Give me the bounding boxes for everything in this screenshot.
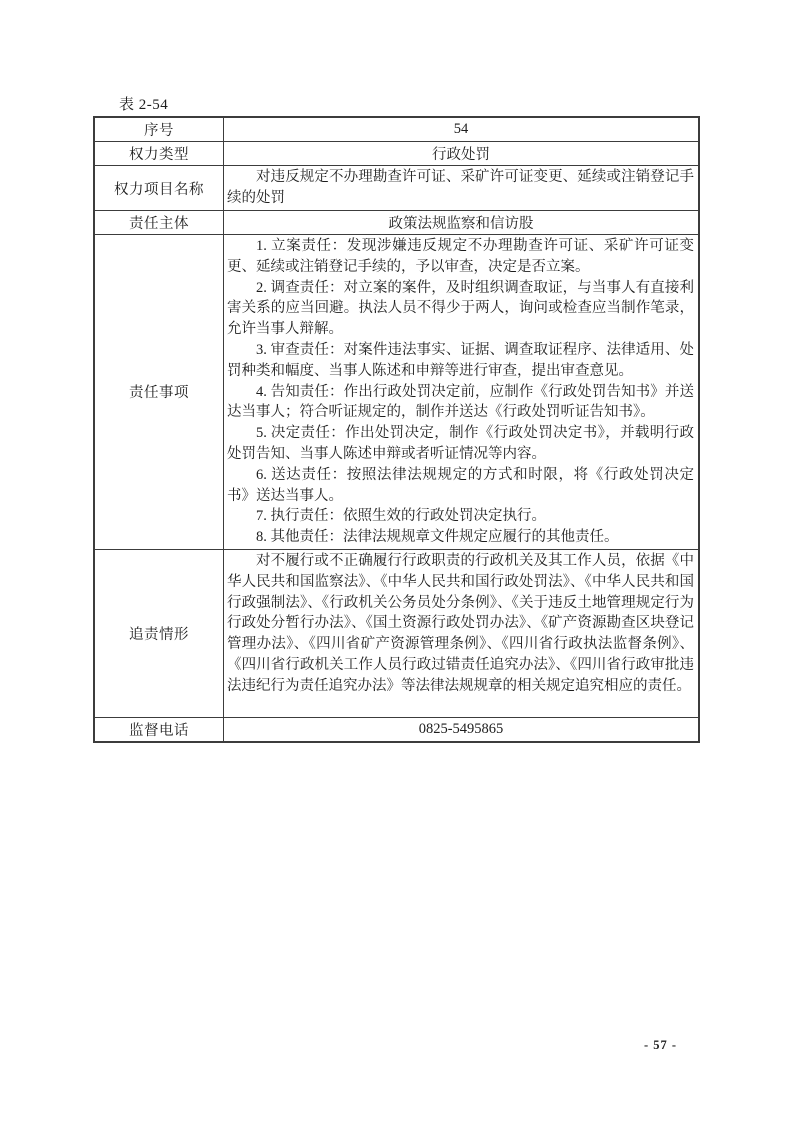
row-label-supervision-phone: 监督电话: [95, 718, 224, 741]
table-caption: 表 2-54: [119, 93, 168, 114]
table-row-power-item-name: 权力项目名称 对违反规定不办理勘查许可证、采矿许可证变更、延续或注销登记手续的处…: [95, 165, 698, 210]
row-value-power-item-name: 对违反规定不办理勘查许可证、采矿许可证变更、延续或注销登记手续的处罚: [224, 166, 698, 210]
row-label-serial-number: 序号: [95, 118, 224, 141]
responsibility-item-6: 6. 送达责任：按照法律法规规定的方式和时限，将《行政处罚决定书》送达当事人。: [227, 465, 694, 507]
row-value-serial-number: 54: [224, 118, 698, 141]
table-row-responsibility-items: 责任事项 1. 立案责任：发现涉嫌违反规定不办理勘查许可证、采矿许可证变更、延续…: [95, 234, 698, 549]
table-row-supervision-phone: 监督电话 0825-5495865: [95, 717, 698, 741]
responsibility-table: 序号 54 权力类型 行政处罚 权力项目名称 对违反规定不办理勘查许可证、采矿许…: [93, 116, 700, 743]
row-value-supervision-phone: 0825-5495865: [224, 718, 698, 741]
row-label-responsible-entity: 责任主体: [95, 211, 224, 234]
page-number: - 57 -: [644, 1038, 677, 1053]
table-row-responsible-entity: 责任主体 政策法规监察和信访股: [95, 210, 698, 234]
accountability-circumstances-text: 对不履行或不正确履行行政职责的行政机关及其工作人员，依据《中华人民共和国监察法》…: [227, 551, 694, 697]
responsibility-item-2: 2. 调查责任：对立案的案件，及时组织调查取证，与当事人有直接利害关系的应当回避…: [227, 278, 694, 340]
responsibility-item-5: 5. 决定责任：作出处罚决定，制作《行政处罚决定书》，并载明行政处罚告知、当事人…: [227, 423, 694, 465]
responsibility-item-3: 3. 审查责任：对案件违法事实、证据、调查取证程序、法律适用、处罚种类和幅度、当…: [227, 340, 694, 382]
responsibility-item-4: 4. 告知责任：作出行政处罚决定前，应制作《行政处罚告知书》并送达当事人；符合听…: [227, 382, 694, 424]
row-label-accountability-circumstances: 追责情形: [95, 550, 224, 717]
responsibility-item-1: 1. 立案责任：发现涉嫌违反规定不办理勘查许可证、采矿许可证变更、延续或注销登记…: [227, 236, 694, 278]
document-page: 表 2-54 序号 54 权力类型 行政处罚 权力项目名称 对违反规定不办理勘查…: [0, 0, 793, 1122]
responsibility-item-8: 8. 其他责任：法律法规规章文件规定应履行的其他责任。: [227, 527, 694, 548]
power-item-name-text: 对违反规定不办理勘查许可证、采矿许可证变更、延续或注销登记手续的处罚: [227, 167, 694, 209]
row-value-power-type: 行政处罚: [224, 142, 698, 165]
responsibility-item-7: 7. 执行责任：依照生效的行政处罚决定执行。: [227, 506, 694, 527]
row-value-responsibility-items: 1. 立案责任：发现涉嫌违反规定不办理勘查许可证、采矿许可证变更、延续或注销登记…: [224, 235, 698, 549]
row-label-power-item-name: 权力项目名称: [95, 166, 224, 210]
row-label-power-type: 权力类型: [95, 142, 224, 165]
table-row-serial-number: 序号 54: [95, 118, 698, 141]
table-row-accountability-circumstances: 追责情形 对不履行或不正确履行行政职责的行政机关及其工作人员，依据《中华人民共和…: [95, 549, 698, 717]
row-value-accountability-circumstances: 对不履行或不正确履行行政职责的行政机关及其工作人员，依据《中华人民共和国监察法》…: [224, 550, 698, 717]
row-value-responsible-entity: 政策法规监察和信访股: [224, 211, 698, 234]
table-row-power-type: 权力类型 行政处罚: [95, 141, 698, 165]
row-label-responsibility-items: 责任事项: [95, 235, 224, 549]
